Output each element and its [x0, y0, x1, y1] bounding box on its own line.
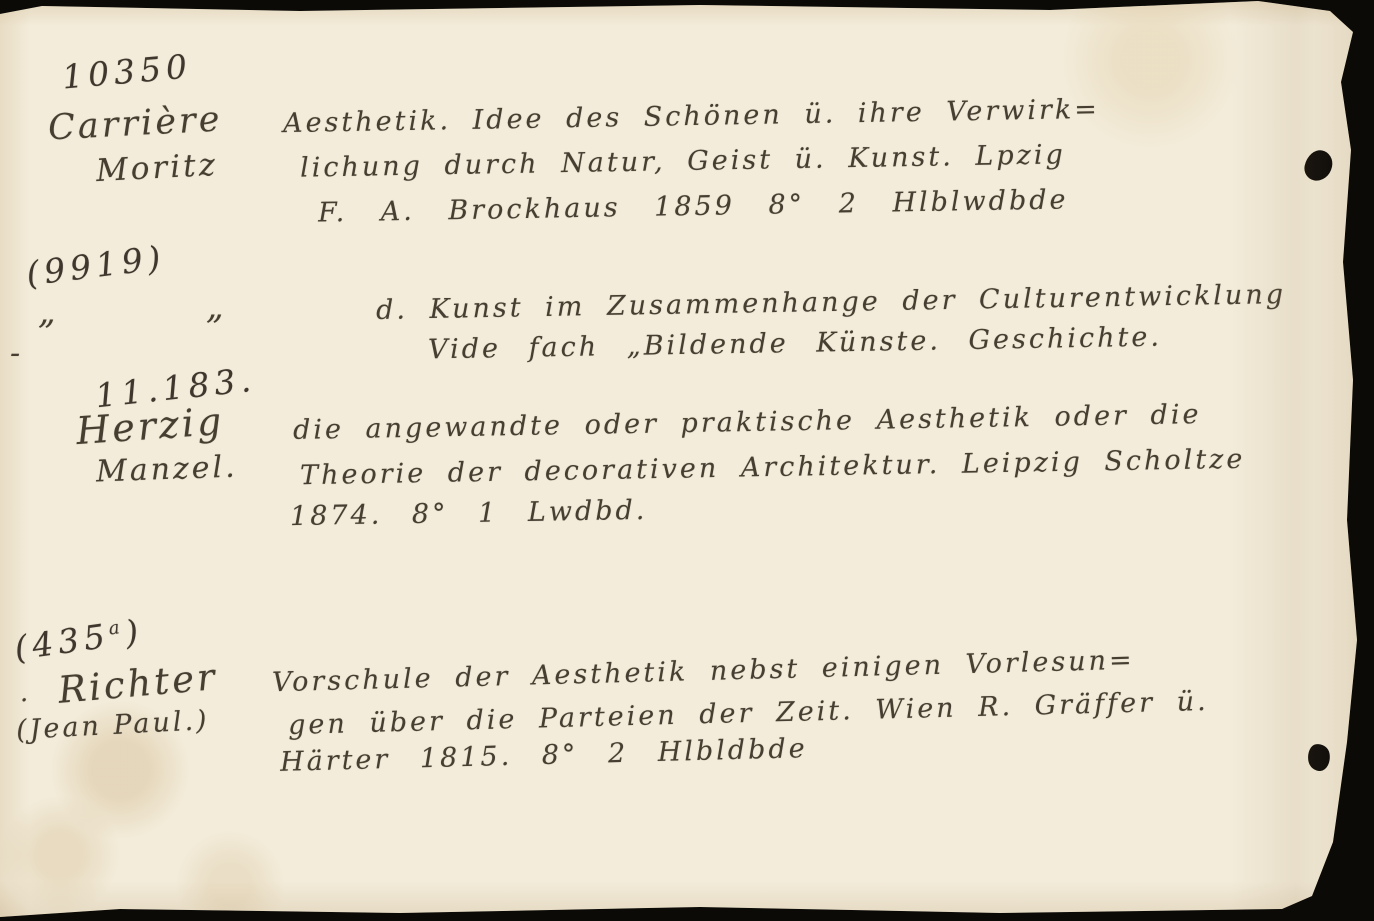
entry-3-text-line: 1874. 8° 1 Lwdbd.	[290, 495, 648, 532]
entry-4-dot-mark: .	[20, 678, 28, 708]
entry-4-author-name: Richter	[56, 655, 219, 712]
entry-2-ditto-mark: „	[38, 292, 56, 332]
entry-2-text-line: Vide fach „Bildende Künste. Geschichte.	[428, 322, 1162, 366]
entry-3-author-name: Herzig	[75, 399, 226, 453]
entry-2-text-line: d. Kunst im Zusammenhange der Culturentw…	[376, 279, 1286, 326]
entry-2-number: (9919)	[24, 238, 167, 294]
entry-3-text-line: die angewandte oder praktische Aesthetik…	[293, 399, 1202, 446]
entry-3-text-line: Theorie der decorativen Architektur. Lei…	[300, 444, 1246, 491]
entry-2-dash-mark: -	[10, 336, 20, 371]
entry-4-number-pre: (435	[12, 616, 112, 668]
entry-4-author-forename: (Jean Paul.)	[15, 705, 210, 746]
entry-1-author-name: Carrière	[47, 99, 223, 148]
entry-1-number: 10350	[61, 46, 194, 96]
entry-1-author-forename: Moritz	[95, 147, 219, 189]
ink-blot	[1306, 743, 1332, 773]
entry-2-ditto-mark: „	[206, 287, 224, 327]
scanned-page: 10350 Carrière Moritz Aesthetik. Idee de…	[0, 0, 1374, 921]
corner-pen-mark: b	[1355, 1, 1373, 27]
paper-crease-shadow	[1230, 0, 1350, 921]
ink-blot	[1302, 148, 1335, 184]
entry-1-text-line: lichung durch Natur, Geist ü. Kunst. Lpz…	[300, 139, 1066, 183]
entry-4-number-post: )	[123, 611, 146, 652]
entry-1-text-line: F. A. Brockhaus 1859 8° 2 Hlblwdbde	[318, 184, 1069, 228]
entry-4-number: (435a)	[12, 611, 146, 668]
entry-3-author-forename: Manzel.	[95, 450, 238, 490]
entry-4-text-line: Härter 1815. 8° 2 Hlbldbde	[280, 733, 808, 778]
paper-sheet: 10350 Carrière Moritz Aesthetik. Idee de…	[0, 0, 1374, 921]
entry-1-text-line: Aesthetik. Idee des Schönen ü. ihre Verw…	[283, 94, 1100, 139]
